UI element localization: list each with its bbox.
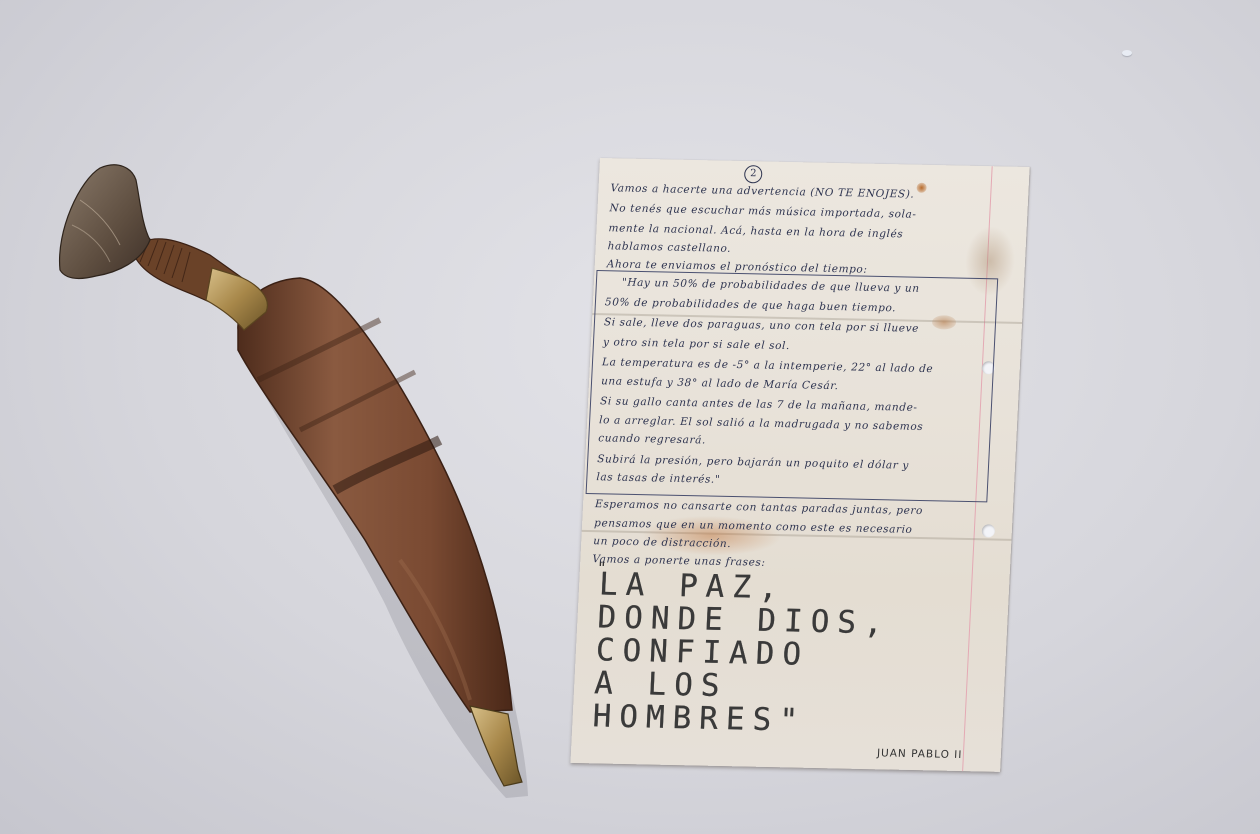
signature: JUAN PABLO II xyxy=(877,747,963,761)
forecast-line: las tasas de interés." xyxy=(596,471,721,486)
letter-line: hablamos castellano. xyxy=(607,240,731,255)
kukri-knife xyxy=(0,0,600,834)
photo-scene: 2 Vamos a hacerte una advertencia (NO TE… xyxy=(0,0,1260,834)
letter-line: No tenés que escuchar más música importa… xyxy=(609,202,917,220)
page-number: 2 xyxy=(744,165,763,183)
handwritten-letter: 2 Vamos a hacerte una advertencia (NO TE… xyxy=(570,158,1029,772)
quote-line: HOMBRES" xyxy=(592,700,887,739)
rust-stain xyxy=(916,183,926,193)
letter-line: un poco de distracción. xyxy=(593,535,732,550)
letter-line: Esperamos no cansarte con tantas paradas… xyxy=(595,498,923,517)
letter-line: mente la nacional. Acá, hasta en la hora… xyxy=(608,222,903,240)
punch-hole xyxy=(982,524,996,537)
forecast-line: cuando regresará. xyxy=(598,432,706,446)
block-letter-quote: LA PAZ, DONDE DIOS, CONFIADO A LOS HOMBR… xyxy=(592,568,893,739)
letter-line: Vamos a hacerte una advertencia (NO TE E… xyxy=(610,182,914,200)
wooden-sheath xyxy=(238,278,512,712)
surface-speck xyxy=(1122,50,1132,56)
